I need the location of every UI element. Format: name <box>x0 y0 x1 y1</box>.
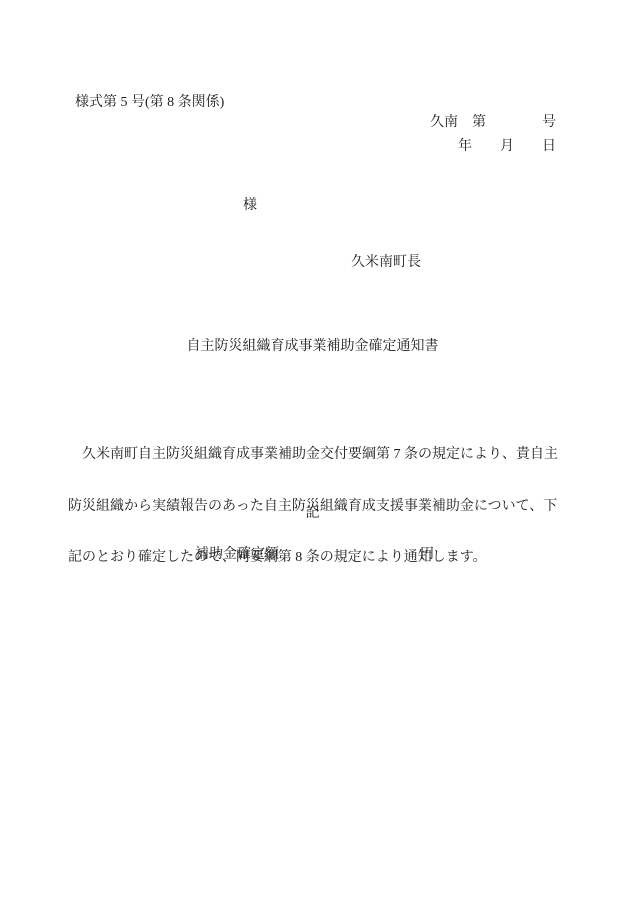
sender-title: 久米南町長 <box>351 256 421 270</box>
addressee-honorific: 様 <box>243 199 257 213</box>
document-number-line: 久南 第 号 <box>430 116 556 130</box>
date-line: 年 月 日 <box>458 140 556 154</box>
body-line: 久米南町自主防災組織育成事業補助金交付要綱第 7 条の規定により、貴自主 <box>68 443 558 467</box>
record-marker: 記 <box>68 507 557 521</box>
document-page: 様式第 5 号(第 8 条関係) 久南 第 号 年 月 日 様 久米南町長 自主… <box>0 0 630 903</box>
body-line: 記のとおり確定したので、同要綱第 8 条の規定により通知します。 <box>68 546 558 570</box>
amount-label: 補助金確定額 <box>195 548 279 562</box>
document-title: 自主防災組織育成事業補助金確定通知書 <box>68 340 557 354</box>
amount-unit-yen: 円 <box>420 548 434 562</box>
form-number: 様式第 5 号(第 8 条関係) <box>75 96 224 110</box>
